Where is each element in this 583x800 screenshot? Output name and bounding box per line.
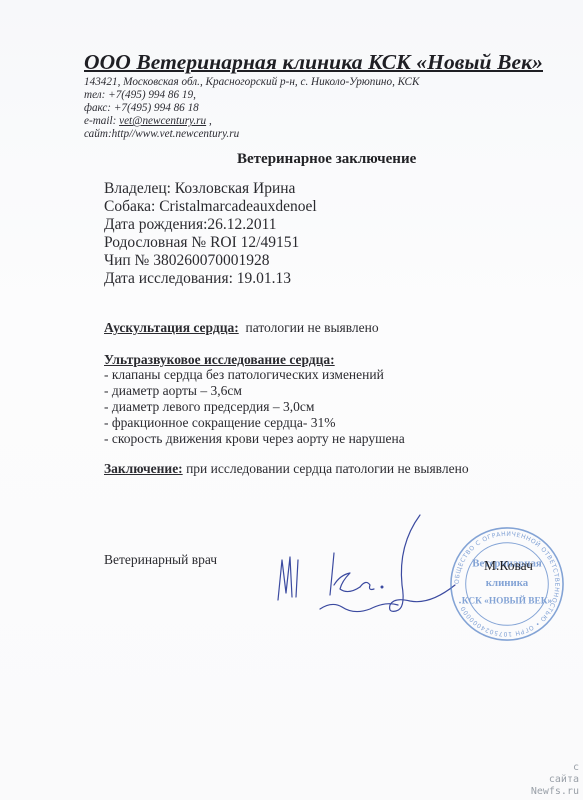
svg-text:КСК «НОВЫЙ ВЕК»: КСК «НОВЫЙ ВЕК»	[462, 595, 553, 607]
org-fax: факс: +7(495) 994 86 18	[84, 102, 199, 114]
watermark-line: сайта	[549, 774, 579, 785]
handwritten-signature	[270, 505, 460, 625]
clinic-stamp: ОБЩЕСТВО С ОГРАНИЧЕННОЙ ОТВЕТСТВЕННОСТЬЮ…	[448, 525, 566, 643]
org-name: ООО Ветеринарная клиника КСК «Новый Век»	[84, 50, 543, 75]
exam-date-line: Дата исследования: 19.01.13	[104, 270, 291, 288]
email-label: e-mail:	[84, 115, 119, 127]
conclusion-heading: Заключение:	[104, 461, 183, 476]
ultrasound-item: - фракционное сокращение сердца- 31%	[104, 415, 336, 431]
ultrasound-item: - скорость движения крови через аорту не…	[104, 431, 405, 447]
auscultation-section: Аускультация сердца: патологии не выявле…	[104, 320, 379, 336]
auscultation-text: патологии не выявлено	[239, 320, 379, 335]
org-email-line: e-mail: vet@newcentury.ru ,	[84, 115, 212, 127]
auscultation-heading: Аускультация сердца:	[104, 320, 239, 335]
email-suffix: ,	[206, 115, 212, 127]
owner-line: Владелец: Козловская Ирина	[104, 180, 295, 198]
org-address: 143421, Московская обл., Красногорский р…	[84, 76, 419, 88]
svg-text:клиника: клиника	[486, 577, 529, 589]
conclusion-text: при исследовании сердца патологии не выя…	[183, 461, 469, 476]
doctor-name: М.Ковач	[484, 558, 533, 574]
ultrasound-heading: Ультразвуковое исследование сердца:	[104, 352, 335, 367]
org-website: сайт:http//www.vet.newcentury.ru	[84, 128, 239, 140]
watermark-line: с	[573, 762, 579, 773]
document-title: Ветеринарное заключение	[237, 151, 416, 168]
ultrasound-item: - диаметр аорты – 3,6см	[104, 383, 242, 399]
dog-line: Собака: Cristalmarcadeauxdenoel	[104, 198, 317, 216]
ultrasound-item: - клапаны сердца без патологических изме…	[104, 367, 384, 383]
watermark-site: Newfs.ru	[531, 786, 579, 797]
ultrasound-heading-line: Ультразвуковое исследование сердца:	[104, 352, 335, 368]
signature-label: Ветеринарный врач	[104, 552, 217, 568]
org-phone: тел: +7(495) 994 86 19,	[84, 89, 196, 101]
birth-date-line: Дата рождения:26.12.2011	[104, 216, 277, 234]
email-link[interactable]: vet@newcentury.ru	[119, 115, 206, 127]
ultrasound-item: - диаметр левого предсердия – 3,0см	[104, 399, 314, 415]
pedigree-line: Родословная № ROI 12/49151	[104, 234, 299, 252]
conclusion-section: Заключение: при исследовании сердца пато…	[104, 461, 469, 477]
chip-line: Чип № 380260070001928	[104, 252, 269, 270]
document-page: ООО Ветеринарная клиника КСК «Новый Век»…	[0, 0, 583, 800]
